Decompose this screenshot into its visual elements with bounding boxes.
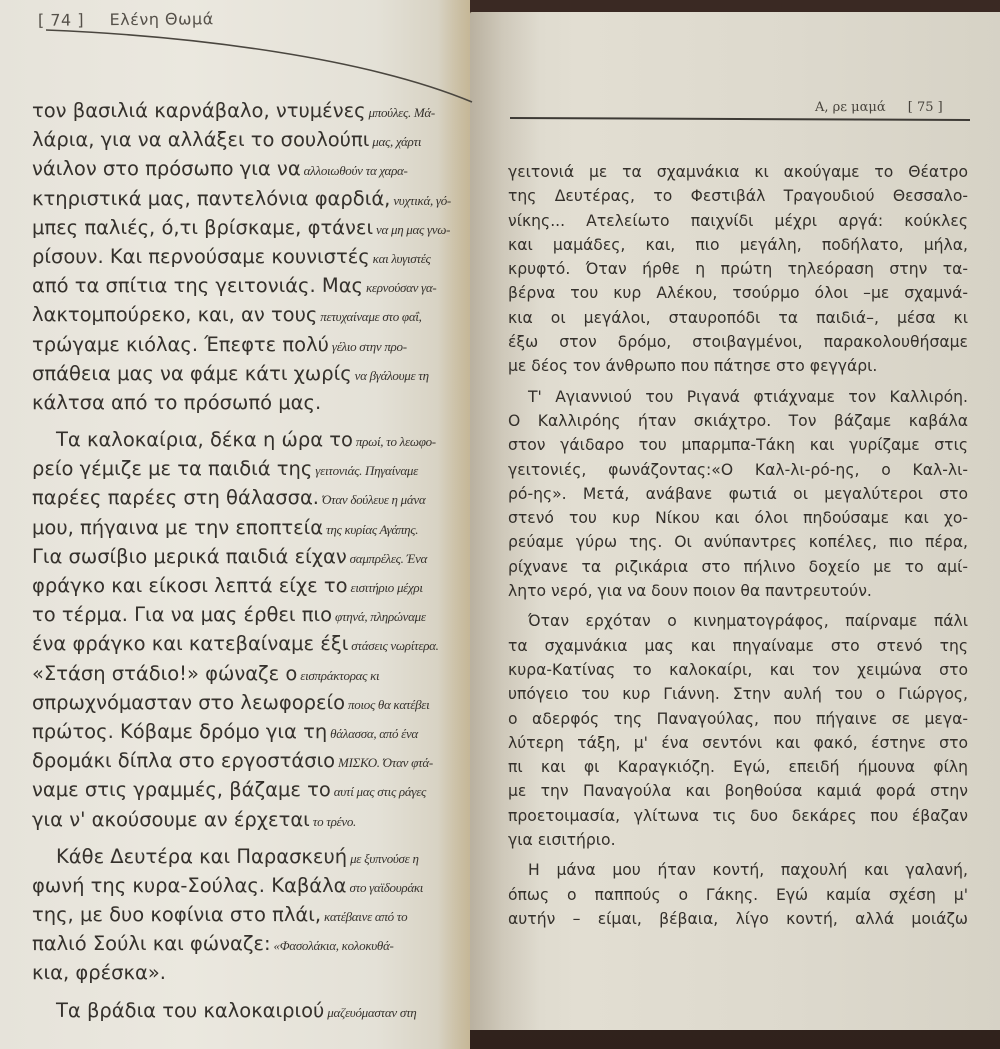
text-line: τα σχαμνάκια μας και πηγαίναμε στο στενό… [508,634,968,658]
line-main-text: Τα βράδια του καλοκαιριού [56,999,324,1022]
left-running-head: [ 74 ] Ελένη Θωμά [38,9,214,30]
line-main-text: Κάθε Δευτέρα και Παρασκευή [56,845,347,868]
text-line: για ν' ακούσουμε αν έρχεται το τρένο. [32,805,502,834]
text-line: πι και φι Καραγκιόζη. Εγώ, επειδή ήμουνα… [508,755,968,779]
line-main-text: σπρωχνόμασταν στο λεωφορείο [32,691,345,714]
text-line: για εισιτήριο. [508,828,968,852]
text-line: στον γάιδαρο του μπαρμπα-Τάκη και γυρίζα… [508,433,968,457]
line-main-text: μου, πήγαινα με την εποπτεία [32,516,323,539]
right-running-title: Α, ρε μαμά [815,100,886,115]
line-main-text: της, με δυο κοφίνια στο πλάι, [32,903,321,926]
text-line: κια, φρέσκα». [32,958,502,987]
line-main-text: δρομάκι δίπλα στο εργοστάσιο [32,749,335,772]
line-main-text: πρώτος. Κόβαμε δρόμο για τη [32,720,327,743]
text-line: έξω στον δρόμο, στοιβαγμένοι, παρακολουθ… [508,330,968,354]
line-main-text: Τα καλοκαίρια, δέκα η ώρα το [56,428,353,451]
line-curved-tail-text: πρωί, το λεωφο- [353,434,436,449]
text-line: και μαμάδες, και, πιο μεγάλη, ποδήλατο, … [508,233,968,257]
line-curved-tail-text: Όταν δούλευε η μάνα [319,492,425,507]
line-curved-tail-text: να μη μας γνω- [373,222,450,237]
line-curved-tail-text: «Φασολάκια, κολοκυθά- [271,938,394,953]
text-line: δρομάκι δίπλα στο εργοστάσιο ΜΙΣΚΟ. Όταν… [32,746,502,775]
text-line: υπόγειο του κυρ Γιάννη. Στην αυλή του ο … [508,682,968,706]
line-curved-tail-text: ποιος θα κατέβει [345,697,429,712]
text-line: μπες παλιές, ό,τι βρίσκαμε, φτάνει να μη… [32,213,502,242]
line-main-text: ρείο γέμιζε με τα παιδιά της [32,457,312,480]
right-page-body: γειτονιά με τα σχαμνάκια κι ακούγαμε το … [508,160,968,931]
text-line: προετοιμασία, γλίτωνα τις δυο δεκάρες πο… [508,804,968,828]
text-line: Ο Καλλιρόης ήταν σκιάχτρο. Τον βάζαμε κα… [508,409,968,433]
text-line: «Στάση στάδιο!» φώναζε ο εισπράκτορας κι [32,659,502,688]
line-main-text: ένα φράγκο και κατεβαίναμε έξι [32,632,348,655]
left-page-number: [ 74 ] [38,10,84,29]
line-curved-tail-text: εισπράκτορας κι [297,668,379,683]
text-line: σπρωχνόμασταν στο λεωφορείο ποιος θα κατ… [32,688,502,717]
line-curved-tail-text: γειτονιάς. Πηγαίναμε [312,463,418,478]
line-curved-tail-text: να βγάλουμε τη [352,368,429,383]
text-line: μου, πήγαινα με την εποπτεία της κυρίας … [32,513,502,542]
line-main-text: τρώγαμε κιόλας. Έπεφτε πολύ [32,333,329,356]
text-line: ναμε στις γραμμές, βάζαμε το αυτί μας στ… [32,775,502,804]
line-main-text: νάιλον στο πρόσωπο για να [32,157,301,180]
line-main-text: φωνή της κυρα-Σούλας. Καβάλα [32,874,347,897]
line-main-text: κτηριστικά μας, παντελόνια φαρδιά, [32,187,390,210]
text-line: φωνή της κυρα-Σούλας. Καβάλα στο γαϊδουρ… [32,871,502,900]
text-line: λάρια, για να αλλάξει το σουλούπι μας, χ… [32,125,502,154]
line-main-text: σπάθεια μας να φάμε κάτι χωρίς [32,362,352,385]
line-curved-tail-text: κατέβαινε από το [321,909,407,924]
line-main-text: ρίσουν. Και περνούσαμε κουνιστές [32,245,370,268]
text-line: Τα βράδια του καλοκαιριού μαζευόμασταν σ… [32,996,502,1025]
line-main-text: ναμε στις γραμμές, βάζαμε το [32,778,331,801]
line-main-text: φράγκο και είκοσι λεπτά είχε το [32,574,348,597]
text-line: τον βασιλιά καρνάβαλο, ντυμένες μπούλες.… [32,96,502,125]
text-line: κτηριστικά μας, παντελόνια φαρδιά, νυχτι… [32,184,502,213]
text-line: αυτήν – είμαι, βέβαια, λίγο κοντή, αλλά … [508,907,968,931]
text-line: ρίχνανε τα ριζικάρια στο πήλινο δοχείο μ… [508,555,968,579]
text-line: ένα φράγκο και κατεβαίναμε έξι στάσεις ν… [32,629,502,658]
left-page-body: τον βασιλιά καρνάβαλο, ντυμένες μπούλες.… [32,96,502,1025]
line-main-text: μπες παλιές, ό,τι βρίσκαμε, φτάνει [32,216,373,239]
line-curved-tail-text: σαμπρέλες. Ένα [347,551,427,566]
text-line: Η μάνα μου ήταν κοντή, παχουλή και γαλαν… [508,858,968,882]
line-curved-tail-text: μαζευόμασταν στη [324,1005,416,1020]
text-line: τρώγαμε κιόλας. Έπεφτε πολύ γέλιο στην π… [32,330,502,359]
text-line: της Δευτέρας, το Φεστιβάλ Τραγουδιού Θεσ… [508,184,968,208]
line-main-text: λακτομπούρεκο, και, αν τους [32,303,317,326]
line-curved-tail-text: πετυχαίναμε στο φαΐ, [317,309,421,324]
text-line: Για σωσίβιο μερικά παιδιά είχαν σαμπρέλε… [32,542,502,571]
text-line: νάιλον στο πρόσωπο για να αλλοιωθούν τα … [32,154,502,183]
line-curved-tail-text: μας, χάρτι [369,134,421,149]
line-curved-tail-text: εισιτήριο μέχρι [348,580,423,595]
text-line: γειτονιές, φωνάζοντας:«Ο Καλ-λι-ρό-ης, ο… [508,458,968,482]
text-line: κρυφτό. Όταν ήρθε η πρώτη τηλεόραση στην… [508,257,968,281]
line-curved-tail-text: και λυγιστές [370,251,431,266]
text-line: το τέρμα. Για να μας έρθει πιο φτηνά, πλ… [32,600,502,629]
text-line: σπάθεια μας να φάμε κάτι χωρίς να βγάλου… [32,359,502,388]
line-curved-tail-text: φτηνά, πληρώναμε [332,609,426,624]
line-curved-tail-text: στο γαϊδουράκι [347,880,424,895]
line-main-text: τον βασιλιά καρνάβαλο, ντυμένες [32,99,366,122]
text-line: κυρα-Κατίνας το καλοκαίρι, και τον χειμώ… [508,658,968,682]
right-running-head: Α, ρε μαμά [ 75 ] [815,100,943,115]
line-curved-tail-text: με ξυπνούσε η [347,851,418,866]
text-line: ρό-ης». Μετά, ανάβανε φωτιά οι μεγαλύτερ… [508,482,968,506]
line-curved-tail-text: το τρένο. [310,814,356,829]
text-line: λακτομπούρεκο, και, αν τους πετυχαίναμε … [32,300,502,329]
line-curved-tail-text: αυτί μας στις ράγες [331,784,426,799]
text-line: ρεύαμε γύρω της. Οι ανύπαντρες κοπέλες, … [508,530,968,554]
line-curved-tail-text: ΜΙΣΚΟ. Όταν φτά- [335,755,433,770]
right-page-number: [ 75 ] [908,100,943,115]
text-line: κάλτσα από το πρόσωπό μας. [32,388,502,417]
line-main-text: Για σωσίβιο μερικά παιδιά είχαν [32,545,347,568]
left-running-title: Ελένη Θωμά [110,9,214,29]
text-line: Τ' Αγιαννιού του Ριγανά φτιάχναμε τον Κα… [508,385,968,409]
text-line: βέρνα του κυρ Αλέκου, τσούρμο όλοι –με σ… [508,281,968,305]
line-main-text: το τέρμα. Για να μας έρθει πιο [32,603,332,626]
text-line: πρώτος. Κόβαμε δρόμο για τη θάλασσα, από… [32,717,502,746]
text-line: φράγκο και είκοσι λεπτά είχε το εισιτήρι… [32,571,502,600]
text-line: όπως ο παππούς ο Γάκης. Εγώ καμία σχέση … [508,883,968,907]
text-line: παρέες παρέες στη θάλασσα. Όταν δούλευε … [32,483,502,512]
text-line: με την Παναγούλα και βοηθούσα καμιά φορά… [508,779,968,803]
paragraph-gap [32,834,502,842]
text-line: ρείο γέμιζε με τα παιδιά της γειτονιάς. … [32,454,502,483]
text-line: λητο νερό, για να δουν ποιον θα παντρευτ… [508,579,968,603]
line-main-text: για ν' ακούσουμε αν έρχεται [32,808,310,831]
text-line: της, με δυο κοφίνια στο πλάι, κατέβαινε … [32,900,502,929]
line-main-text: κια, φρέσκα». [32,961,166,984]
text-line: στενό του κυρ Νίκου και όλοι πηδούσαμε κ… [508,506,968,530]
paragraph-gap [32,417,502,425]
text-line: με δέος τον άνθρωπο που πάτησε στο φεγγά… [508,354,968,378]
text-line: λύτερη τάξη, μ' ένα σεντόνι και φακό, έσ… [508,731,968,755]
line-main-text: παρέες παρέες στη θάλασσα. [32,486,319,509]
line-main-text: από τα σπίτια της γειτονιάς. Μας [32,274,363,297]
line-curved-tail-text: θάλασσα, από ένα [327,726,418,741]
text-line: Τα καλοκαίρια, δέκα η ώρα το πρωί, το λε… [32,425,502,454]
line-curved-tail-text: νυχτικά, γό- [390,193,451,208]
line-main-text: παλιό Σούλι και φώναζε: [32,932,271,955]
line-curved-tail-text: γέλιο στην προ- [329,339,407,354]
text-line: νίκης... Ατελείωτο παιχνίδι μέχρι αργά: … [508,209,968,233]
text-line: ο αδερφός της Παναγούλας, που πήγαινε σε… [508,707,968,731]
line-main-text: κάλτσα από το πρόσωπό μας. [32,391,321,414]
line-curved-tail-text: μπούλες. Μά- [366,105,435,120]
text-line: κια οι μεγάλοι, σταυροπόδι τα παιδιά–, μ… [508,306,968,330]
text-line: από τα σπίτια της γειτονιάς. Μας κερνούσ… [32,271,502,300]
line-curved-tail-text: κερνούσαν γα- [363,280,436,295]
line-main-text: λάρια, για να αλλάξει το σουλούπι [32,128,369,151]
line-main-text: «Στάση στάδιο!» φώναζε ο [32,662,297,685]
text-line: Όταν ερχόταν ο κινηματογράφος, παίρναμε … [508,609,968,633]
line-curved-tail-text: της κυρίας Αγάπης. [323,522,418,537]
text-line: Κάθε Δευτέρα και Παρασκευή με ξυπνούσε η [32,842,502,871]
line-curved-tail-text: στάσεις νωρίτερα. [348,638,438,653]
text-line: παλιό Σούλι και φώναζε: «Φασολάκια, κολο… [32,929,502,958]
paragraph-gap [32,988,502,996]
text-line: γειτονιά με τα σχαμνάκια κι ακούγαμε το … [508,160,968,184]
text-line: ρίσουν. Και περνούσαμε κουνιστές και λυγ… [32,242,502,271]
line-curved-tail-text: αλλοιωθούν τα χαρα- [301,163,408,178]
